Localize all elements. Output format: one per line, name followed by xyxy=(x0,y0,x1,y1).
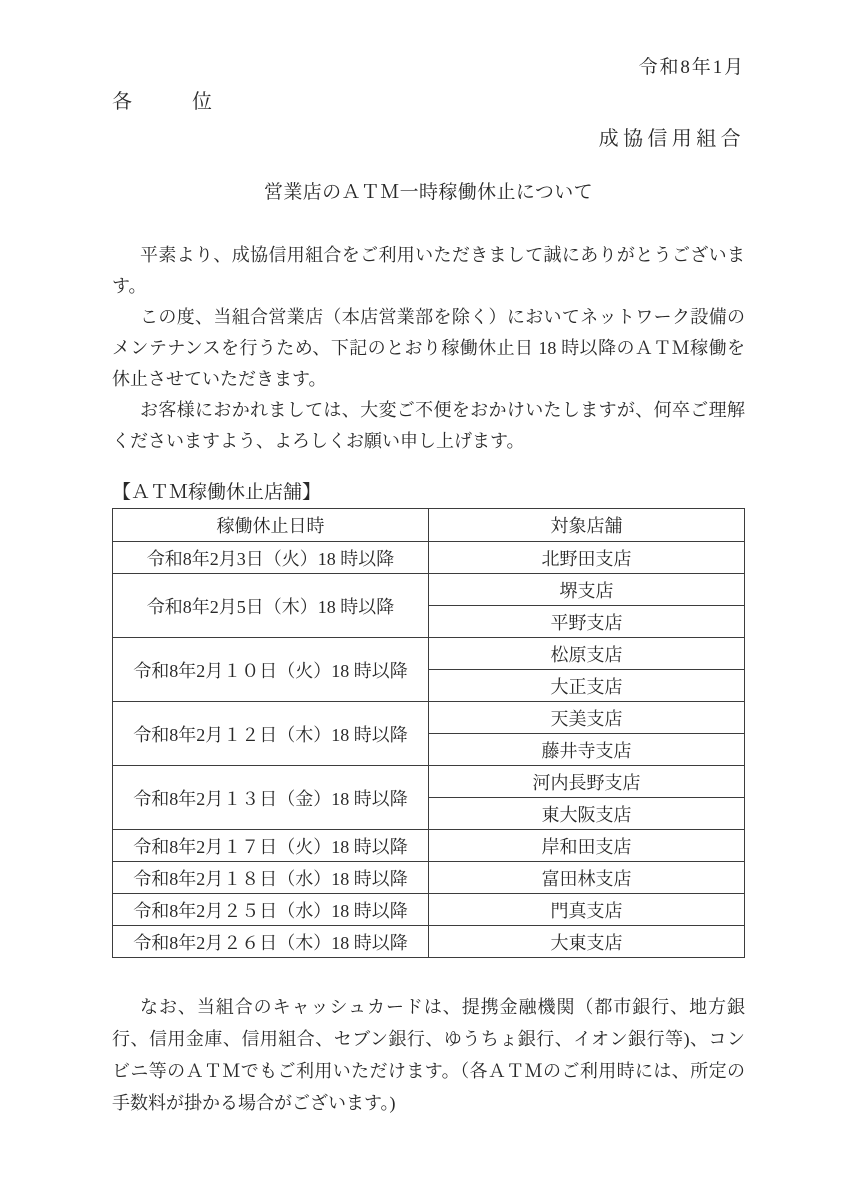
suspension-table: 稼働休止日時 対象店舗 令和8年2月3日（火）18 時以降 北野田支店 令和8年… xyxy=(112,508,745,958)
datetime-cell: 令和8年2月１０日（火）18 時以降 xyxy=(113,638,429,702)
branch-cell: 門真支店 xyxy=(429,894,745,926)
branch-cell: 堺支店 xyxy=(429,574,745,606)
body-text: 平素より、成協信用組合をご利用いただきまして誠にありがとうございます。 この度、… xyxy=(112,240,745,457)
doc-title: 営業店のＡＴＭ一時稼働休止について xyxy=(112,180,745,206)
datetime-cell: 令和8年2月１７日（火）18 時以降 xyxy=(113,830,429,862)
datetime-cell: 令和8年2月２５日（水）18 時以降 xyxy=(113,894,429,926)
table-row: 令和8年2月3日（火）18 時以降 北野田支店 xyxy=(113,542,745,574)
table-row: 令和8年2月１０日（火）18 時以降 松原支店 xyxy=(113,638,745,670)
branch-cell: 北野田支店 xyxy=(429,542,745,574)
table-row: 令和8年2月5日（木）18 時以降 堺支店 xyxy=(113,574,745,606)
datetime-cell: 令和8年2月１３日（金）18 時以降 xyxy=(113,766,429,830)
branch-cell: 河内長野支店 xyxy=(429,766,745,798)
datetime-cell: 令和8年2月１８日（水）18 時以降 xyxy=(113,862,429,894)
table-section-title: 【ＡＴＭ稼働休止店舗】 xyxy=(112,481,745,505)
table-row: 令和8年2月１３日（金）18 時以降 河内長野支店 xyxy=(113,766,745,798)
branch-cell: 松原支店 xyxy=(429,638,745,670)
table-row: 令和8年2月１８日（水）18 時以降 富田林支店 xyxy=(113,862,745,894)
footnote-paragraph: なお、当組合のキャッシュカードは、提携金融機関（都市銀行、地方銀行、信用金庫、信… xyxy=(112,991,745,1119)
column-header-branch: 対象店舗 xyxy=(429,509,745,542)
table-row: 令和8年2月１２日（木）18 時以降 天美支店 xyxy=(113,702,745,734)
datetime-cell: 令和8年2月２６日（木）18 時以降 xyxy=(113,926,429,958)
branch-cell: 藤井寺支店 xyxy=(429,734,745,766)
addressee: 各 位 xyxy=(112,90,745,114)
table-header-row: 稼働休止日時 対象店舗 xyxy=(113,509,745,542)
branch-cell: 東大阪支店 xyxy=(429,798,745,830)
paragraph-apology: お客様におかれましては、大変ご不便をおかけいたしますが、何卒ご理解くださいますよ… xyxy=(112,395,745,457)
branch-cell: 岸和田支店 xyxy=(429,830,745,862)
datetime-cell: 令和8年2月１２日（木）18 時以降 xyxy=(113,702,429,766)
column-header-datetime: 稼働休止日時 xyxy=(113,509,429,542)
doc-date: 令和8年1月 xyxy=(112,56,745,80)
company-name: 成協信用組合 xyxy=(112,126,745,152)
branch-cell: 大正支店 xyxy=(429,670,745,702)
branch-cell: 大東支店 xyxy=(429,926,745,958)
paragraph-greeting: 平素より、成協信用組合をご利用いただきまして誠にありがとうございます。 xyxy=(112,240,745,302)
datetime-cell: 令和8年2月3日（火）18 時以降 xyxy=(113,542,429,574)
datetime-cell: 令和8年2月5日（木）18 時以降 xyxy=(113,574,429,638)
table-row: 令和8年2月２５日（水）18 時以降 門真支店 xyxy=(113,894,745,926)
branch-cell: 富田林支店 xyxy=(429,862,745,894)
paragraph-notice: この度、当組合営業店（本店営業部を除く）においてネットワーク設備のメンテナンスを… xyxy=(112,302,745,395)
document-page: 令和8年1月 各 位 成協信用組合 営業店のＡＴＭ一時稼働休止について 平素より… xyxy=(0,0,849,1200)
branch-cell: 天美支店 xyxy=(429,702,745,734)
branch-cell: 平野支店 xyxy=(429,606,745,638)
table-row: 令和8年2月１７日（火）18 時以降 岸和田支店 xyxy=(113,830,745,862)
table-row: 令和8年2月２６日（木）18 時以降 大東支店 xyxy=(113,926,745,958)
